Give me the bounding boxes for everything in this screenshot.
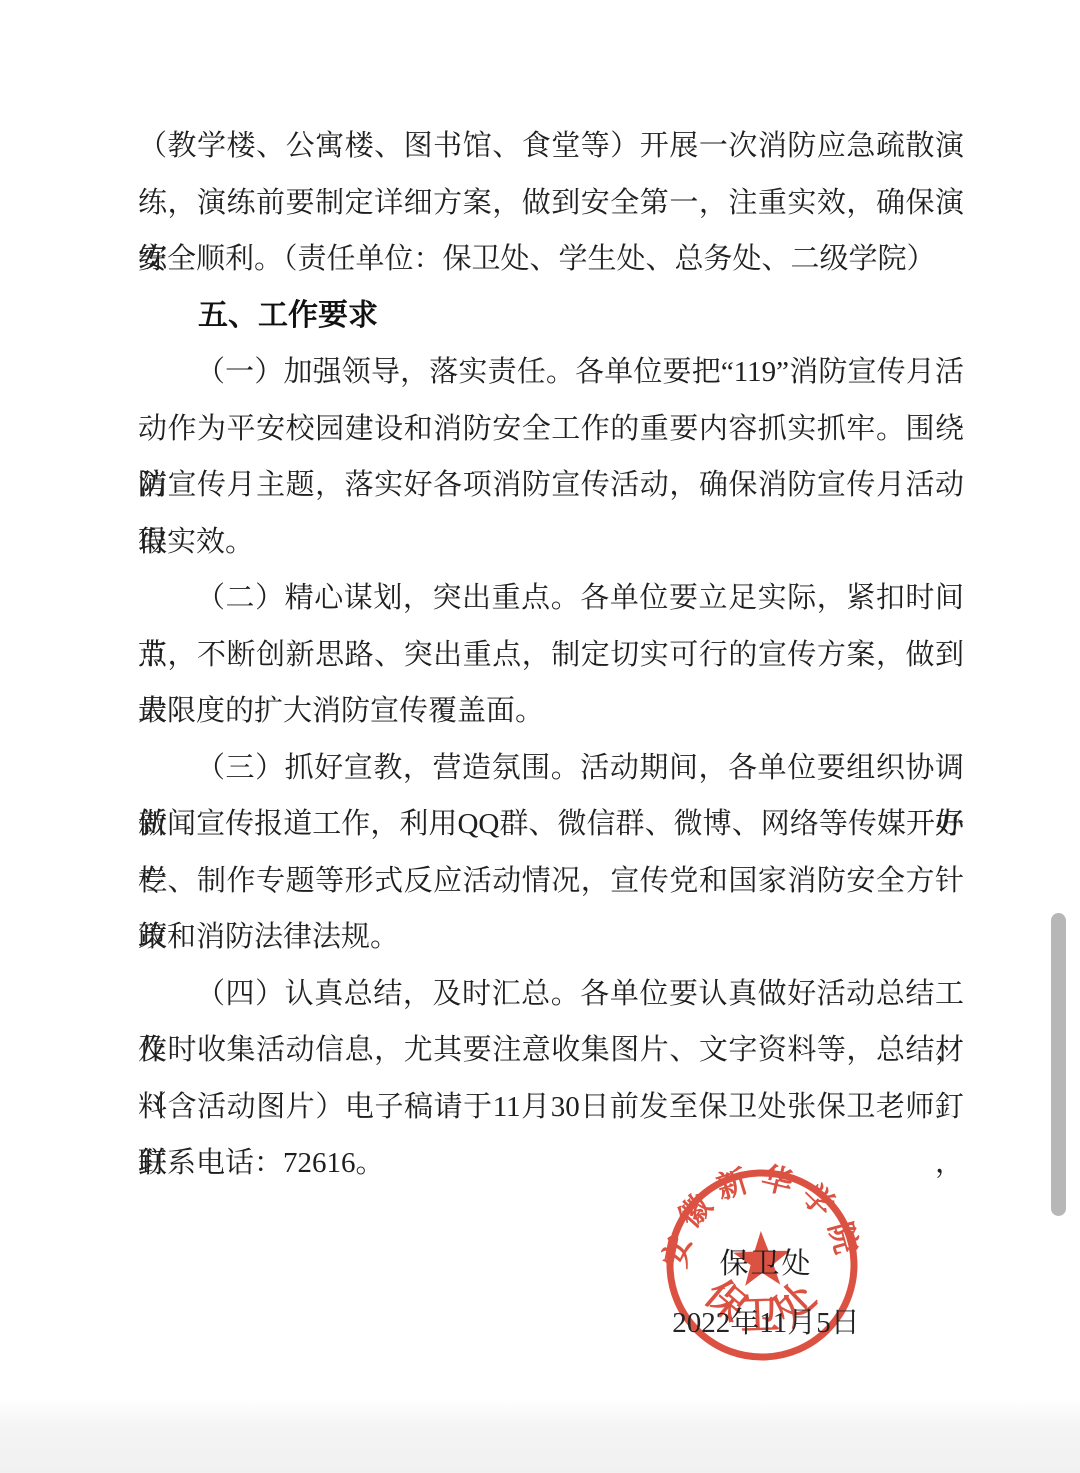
text-line: 大限度的扩大消防宣传覆盖面。 [138,683,964,740]
text-line: （二）精心谋划，突出重点。各单位要立足实际，紧扣时间节 [138,570,964,627]
text-line: 防宣传月主题，落实好各项消防宣传活动，确保消防宣传月活动取 [138,457,964,514]
document-page: （教学楼、公寓楼、图书馆、食堂等）开展一次消防应急疏散演 练，演练前要制定详细方… [0,0,1080,1473]
text-line: （教学楼、公寓楼、图书馆、食堂等）开展一次消防应急疏散演 [138,118,964,175]
text-line: （一）加强领导，落实责任。各单位要把“119”消防宣传月活 [138,344,964,401]
text-line: （三）抓好宣教，营造氛围。活动期间，各单位要组织协调做好 [138,740,964,797]
document-body: （教学楼、公寓楼、图书馆、食堂等）开展一次消防应急疏散演 练，演练前要制定详细方… [138,118,964,1192]
text-line: 动作为平安校园建设和消防安全工作的重要内容抓实抓牢。围绕消 [138,401,964,458]
text-line: 栏、制作专题等形式反应活动情况，宣传党和国家消防安全方针政 [138,853,964,910]
section-heading: 五、工作要求 [138,288,964,345]
signature: 保卫处 [656,1244,876,1284]
scrollbar-thumb[interactable] [1051,913,1066,1216]
text-line: 策和消防法律法规。 [138,909,964,966]
text-line: （含活动图片）电子稿请于11月30日前发至保卫处张保卫老师釘釘， [138,1079,964,1136]
document-date: 2022年11月5日 [646,1303,886,1343]
text-line: 练，演练前要制定详细方案，做到安全第一，注重实效，确保演练 [138,175,964,232]
text-line: 及时收集活动信息，尤其要注意收集图片、文字资料等，总结材料 [138,1022,964,1079]
text-line: 得实效。 [138,514,964,571]
text-line: 新闻宣传报道工作，利用QQ群、微信群、微博、网络等传媒开办专 [138,796,964,853]
text-line: 安全顺利。（责任单位：保卫处、学生处、总务处、二级学院） [138,231,964,288]
text-line: 点，不断创新思路、突出重点，制定切实可行的宣传方案，做到最 [138,627,964,684]
text-line: （四）认真总结，及时汇总。各单位要认真做好活动总结工作， [138,966,964,1023]
page-bottom-edge [0,1398,1080,1473]
